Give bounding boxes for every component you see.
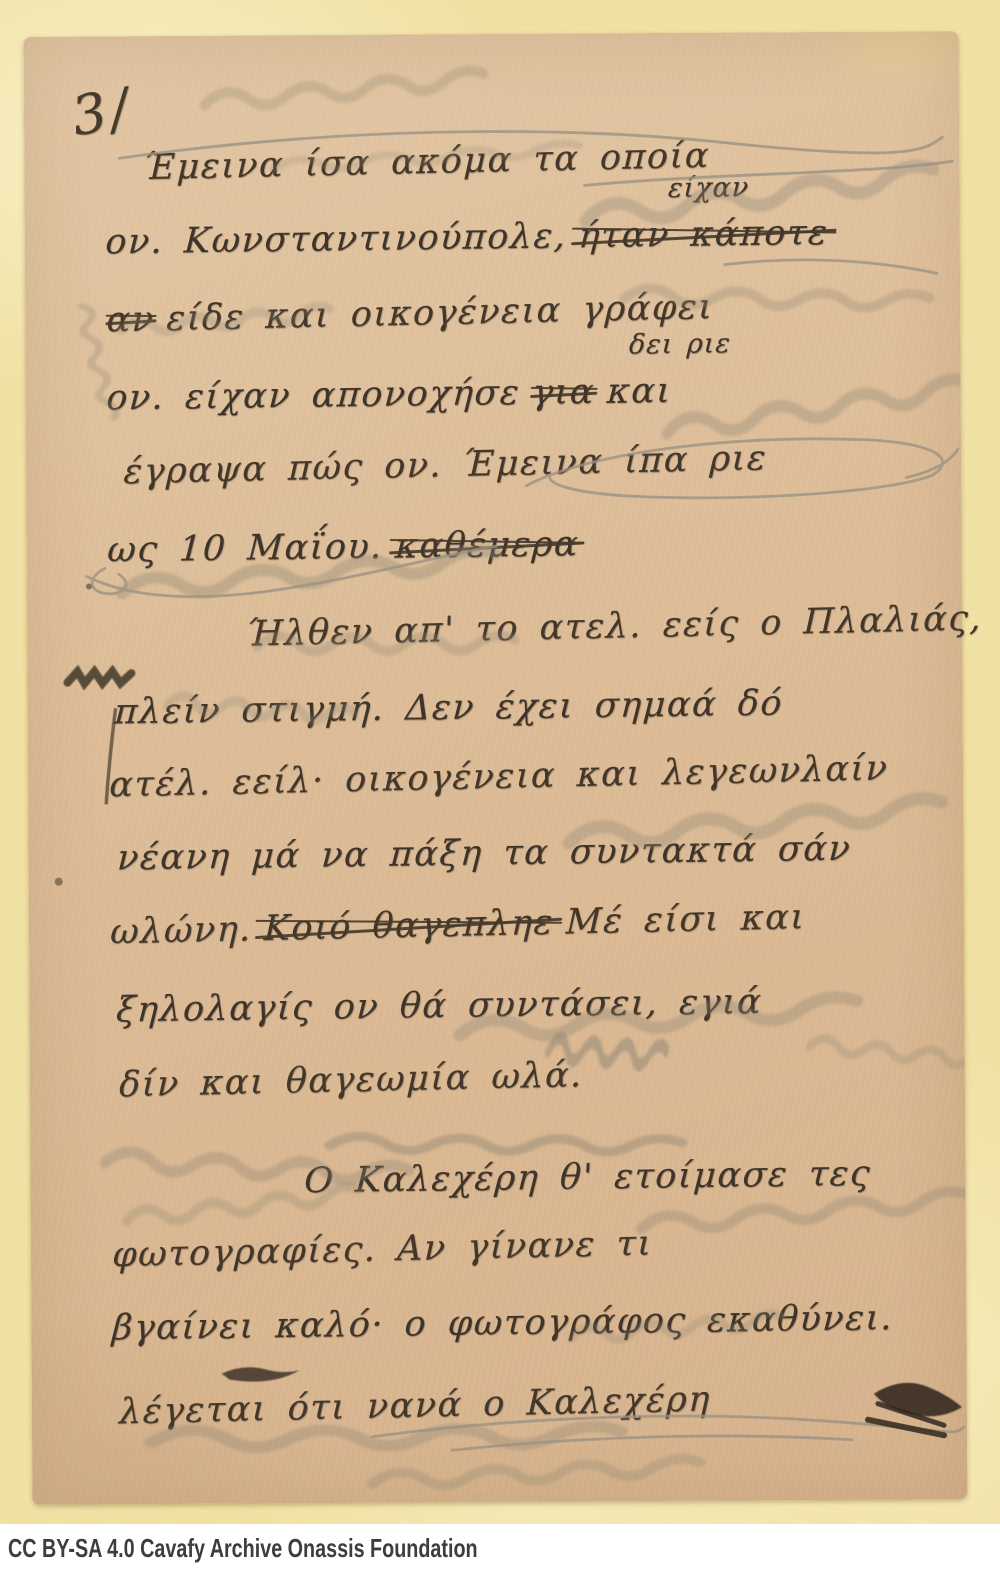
- struck-text: ήταν κάποτε: [577, 213, 829, 256]
- handwritten-line: δει ριεον. είχαν απονοχήσεγιακαι: [105, 371, 673, 418]
- line-text: Έμεινα ίσα ακόμα τα οποία: [143, 136, 711, 188]
- handwritten-line: είχανον. Κωνσταντινούπολε,ήταν κάποτε: [104, 213, 841, 263]
- line-text: φωτογραφίες. Αν γίνανε τι: [112, 1224, 654, 1276]
- inserted-word: δει ριε: [628, 328, 732, 360]
- handwriting-block: Έμεινα ίσα ακόμα τα οποίαείχανον. Κωνστα…: [24, 31, 959, 37]
- handwritten-line: έγραψα πώς ον. Έμεινα ίπα ριε: [123, 438, 768, 492]
- handwritten-line: ατέλ. εείλ· οικογένεια και λεγεωνλαίν: [109, 748, 889, 805]
- struck-text: για: [531, 372, 596, 413]
- struck-text: καθέμερα: [394, 524, 580, 566]
- handwritten-line: Έμεινα ίσα ακόμα τα οποία: [143, 136, 711, 188]
- handwritten-line: δίν και θαγεωμία ωλά.: [119, 1055, 584, 1105]
- inserted-word: είχαν: [667, 172, 750, 204]
- handwritten-line: Ο Καλεχέρη θ' ετοίμασε τες: [303, 1154, 872, 1201]
- line-text: ως 10 Μαΐου.: [106, 527, 384, 571]
- line-text: πλείν στιγμή. Δεν έχει σημαά δό: [113, 684, 784, 733]
- line-text: λέγεται ότι νανά ο Καλεχέρη: [119, 1379, 712, 1432]
- line-text: έγραψα πώς ον. Έμεινα ίπα ριε: [123, 438, 768, 492]
- line-text: ον. είχαν απονοχήσε: [105, 373, 521, 418]
- line-text: δίν και θαγεωμία ωλά.: [119, 1055, 584, 1105]
- line-text: Μέ είσι και: [565, 897, 806, 942]
- struck-text: αν: [106, 299, 155, 340]
- line-text: Ήλθεν απ' το ατελ. εείς ο Πλαλιάς,: [246, 598, 983, 654]
- line-text: ατέλ. εείλ· οικογένεια και λεγεωνλαίν: [109, 748, 889, 805]
- line-text: και: [606, 371, 673, 412]
- line-text: [839, 213, 841, 253]
- line-text: Ο Καλεχέρη θ' ετοίμασε τες: [303, 1154, 872, 1201]
- line-text: βγαίνει καλό· ο φωτογράφος εκαθύνει.: [111, 1298, 894, 1348]
- line-text: ξηλολαγίς ον θά συντάσει, εγιά: [115, 982, 763, 1030]
- handwritten-line: φωτογραφίες. Αν γίνανε τι: [112, 1224, 654, 1276]
- handwritten-line: νέανη μά να πάξη τα συντακτά σάν: [116, 829, 852, 879]
- struck-text: Κοιό θαγεπληε: [263, 903, 554, 949]
- line-text: νέανη μά να πάξη τα συντακτά σάν: [116, 829, 852, 879]
- line-text: ωλώνη.: [110, 909, 253, 952]
- manuscript-page: 3/ Έμεινα ίσα ακόμα τα οποίαείχανον. Κων…: [24, 31, 968, 1505]
- license-bar: CC BY-SA 4.0 Cavafy Archive Onassis Foun…: [0, 1524, 1000, 1573]
- line-text: ον. Κωνσταντινούπολε,: [104, 216, 567, 262]
- page-number: 3/: [67, 75, 138, 148]
- handwritten-line: ως 10 Μαΐου.καθέμερα: [106, 524, 592, 570]
- handwritten-line: Ήλθεν απ' το ατελ. εείς ο Πλαλιάς,: [246, 598, 983, 654]
- license-text: CC BY-SA 4.0 Cavafy Archive Onassis Foun…: [8, 1524, 478, 1573]
- handwritten-line: πλείν στιγμή. Δεν έχει σημαά δό: [113, 684, 784, 733]
- handwritten-line: λέγεται ότι νανά ο Καλεχέρη: [119, 1379, 712, 1432]
- handwritten-line: ωλώνη.Κοιό θαγεπληεΜέ είσι και: [110, 897, 806, 952]
- handwritten-line: ξηλολαγίς ον θά συντάσει, εγιά: [115, 982, 763, 1030]
- handwritten-line: ανείδε και οικογένεια γράφει: [106, 287, 714, 340]
- handwritten-line: βγαίνει καλό· ο φωτογράφος εκαθύνει.: [111, 1298, 894, 1348]
- line-text: [590, 524, 592, 564]
